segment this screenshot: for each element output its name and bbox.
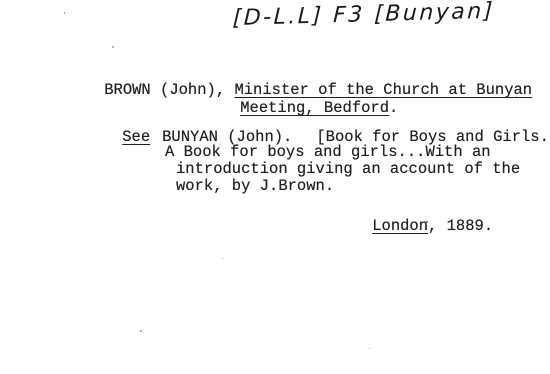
library-catalog-card: [D-L.L] F3 [Bunyan] BROWN (John), Minist… — [0, 0, 550, 374]
scan-speck — [140, 330, 142, 332]
imprint-line: London, 1889. — [335, 201, 493, 252]
scan-speck — [369, 348, 370, 349]
handwritten-shelfmark: [D-L.L] F3 [Bunyan] — [232, 3, 495, 27]
see-label: See — [122, 128, 150, 146]
scan-speck — [425, 221, 428, 223]
imprint-year: , 1889. — [428, 217, 493, 235]
scan-speck — [64, 12, 65, 14]
scan-speck — [112, 46, 114, 48]
imprint-place: London — [372, 217, 428, 235]
scan-speck — [516, 96, 517, 97]
scan-speck — [222, 258, 223, 259]
note-line-2: introduction giving an account of the — [176, 161, 520, 178]
note-line-3: work, by J.Brown. — [176, 178, 334, 195]
note-line-1: A Book for boys and girls...With an — [165, 144, 491, 161]
